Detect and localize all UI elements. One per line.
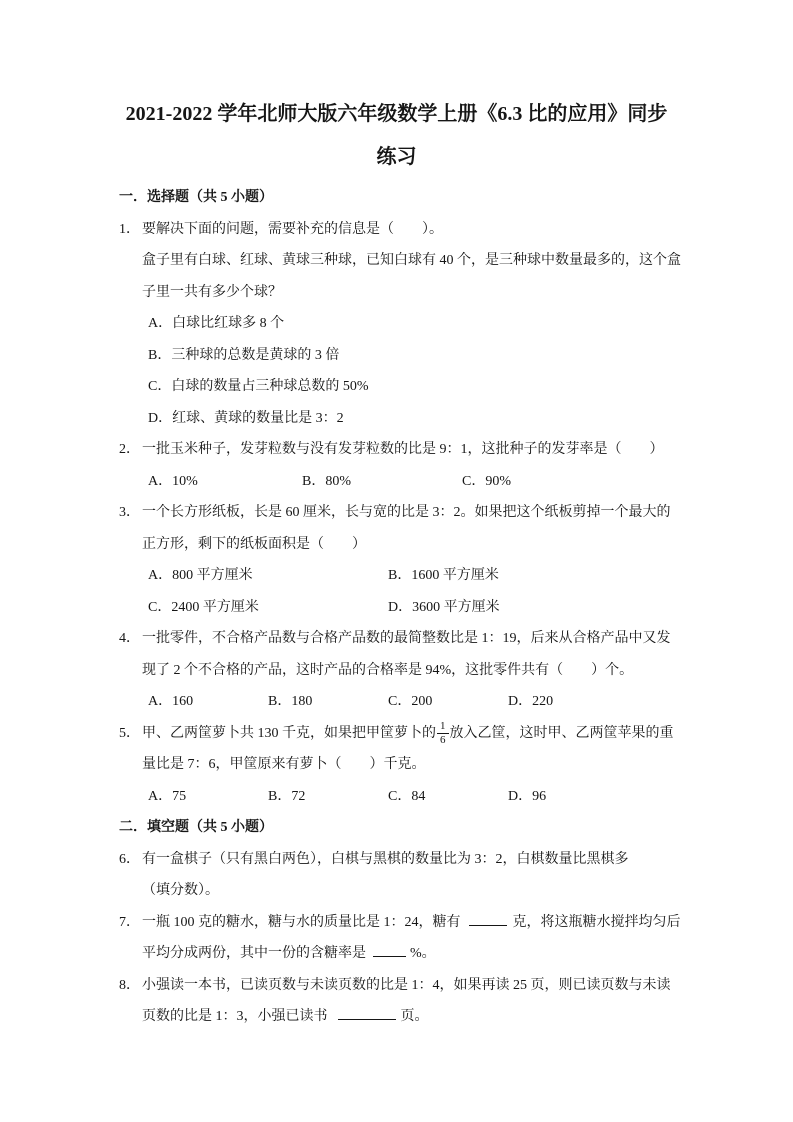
question-4-text: 一批零件，不合格产品数与合格产品数的最简整数比是 1：19，后来从合格产品中又发 [142, 631, 671, 646]
question-3-number: 3． [119, 497, 142, 529]
question-7-text-pre: 一瓶 100 克的糖水，糖与水的质量比是 1：24，糖有 [142, 915, 461, 930]
page-title-line-2: 练习 [60, 136, 733, 179]
question-7-line-2-pre: 平均分成两份，其中一份的含糖率是 [142, 946, 366, 961]
question-4-option-c: C．200 [388, 686, 508, 718]
question-4-line-1: 4．一批零件，不合格产品数与合格产品数的最简整数比是 1：19，后来从合格产品中… [119, 623, 793, 655]
question-4-option-d: D．220 [508, 686, 793, 718]
question-8-text: 小强读一本书，已读页数与未读页数的比是 1：4，如果再读 25 页，则已读页数与… [142, 978, 671, 993]
question-5-option-a: A．75 [148, 781, 268, 813]
question-3-option-b: B．1600 平方厘米 [388, 560, 793, 592]
section-heading-fill-in-blank: 二．填空题（共 5 小题） [119, 812, 793, 844]
question-4-option-a: A．160 [148, 686, 268, 718]
question-3-option-d: D．3600 平方厘米 [388, 592, 793, 624]
question-4-options: A．160 B．180 C．200 D．220 [119, 686, 793, 718]
question-5-options: A．75 B．72 C．84 D．96 [119, 781, 793, 813]
blank-field-grams [469, 910, 507, 926]
fraction-denominator: 6 [437, 733, 449, 747]
question-3-line-1: 3．一个长方形纸板，长是 60 厘米，长与宽的比是 3：2。如果把这个纸板剪掉一… [119, 497, 793, 529]
question-4-line-2: 现了 2 个不合格的产品，这时产品的合格率是 94%，这批零件共有（ ）个。 [119, 655, 793, 687]
question-7-line-2-post: %。 [410, 946, 436, 961]
question-7-line-2: 平均分成两份，其中一份的含糖率是%。 [119, 938, 793, 970]
question-1-option-d: D．红球、黄球的数量比是 3：2 [119, 403, 793, 435]
question-5-option-d: D．96 [508, 781, 793, 813]
question-2-line-1: 2．一批玉米种子，发芽粒数与没有发芽粒数的比是 9：1，这批种子的发芽率是（ ） [119, 434, 793, 466]
question-4-number: 4． [119, 623, 142, 655]
question-8-number: 8． [119, 970, 142, 1002]
question-3-options-row-1: A．800 平方厘米 B．1600 平方厘米 [119, 560, 793, 592]
question-1-number: 1． [119, 214, 142, 246]
question-8-line-2-pre: 页数的比是 1：3，小强已读书 [142, 1009, 328, 1024]
fraction-numerator: 1 [437, 720, 449, 733]
question-7-line-1: 7．一瓶 100 克的糖水，糖与水的质量比是 1：24，糖有克，将这瓶糖水搅拌均… [119, 907, 793, 939]
worksheet-body: 一．选择题（共 5 小题） 1．要解决下面的问题，需要补充的信息是（ ）。 盒子… [119, 182, 793, 1033]
question-1-text: 要解决下面的问题，需要补充的信息是（ ）。 [142, 222, 443, 237]
question-3-option-c: C．2400 平方厘米 [148, 592, 388, 624]
question-6-number: 6． [119, 844, 142, 876]
question-5-text-pre: 甲、乙两筐萝卜共 130 千克，如果把甲筐萝卜的 [142, 726, 436, 741]
question-1-option-b: B．三种球的总数是黄球的 3 倍 [119, 340, 793, 372]
question-8-line-2: 页数的比是 1：3，小强已读书页。 [119, 1001, 793, 1033]
section-heading-multiple-choice: 一．选择题（共 5 小题） [119, 182, 793, 214]
question-6-line-1: 6．有一盒棋子（只有黑白两色），白棋与黑棋的数量比为 3：2，白棋数量比黑棋多 [119, 844, 793, 876]
question-5-line-2: 量比是 7：6，甲筐原来有萝卜（ ）千克。 [119, 749, 793, 781]
question-2-option-c: C．90% [462, 466, 793, 498]
question-2-text: 一批玉米种子，发芽粒数与没有发芽粒数的比是 9：1，这批种子的发芽率是（ ） [142, 442, 664, 457]
question-3-option-a: A．800 平方厘米 [148, 560, 388, 592]
question-5-line-1: 5．甲、乙两筐萝卜共 130 千克，如果把甲筐萝卜的16放入乙筐，这时甲、乙两筐… [119, 718, 793, 750]
blank-field-sugar-percent [373, 941, 406, 957]
question-5-text-post: 放入乙筐，这时甲、乙两筐苹果的重 [450, 726, 674, 741]
page-title: 2021-2022 学年北师大版六年级数学上册《6.3 比的应用》同步 练习 [60, 93, 733, 179]
question-1-line-3: 子里一共有多少个球？ [119, 277, 793, 309]
question-1-line-2: 盒子里有白球、红球、黄球三种球，已知白球有 40 个，是三种球中数量最多的，这个… [119, 245, 793, 277]
question-3-text: 一个长方形纸板，长是 60 厘米，长与宽的比是 3：2。如果把这个纸板剪掉一个最… [142, 505, 671, 520]
fraction-one-sixth: 16 [437, 720, 449, 746]
question-8-line-1: 8．小强读一本书，已读页数与未读页数的比是 1：4，如果再读 25 页，则已读页… [119, 970, 793, 1002]
question-3-options-row-2: C．2400 平方厘米 D．3600 平方厘米 [119, 592, 793, 624]
question-6-text: 有一盒棋子（只有黑白两色），白棋与黑棋的数量比为 3：2，白棋数量比黑棋多 [142, 852, 629, 867]
question-5-number: 5． [119, 718, 142, 750]
question-4-option-b: B．180 [268, 686, 388, 718]
question-2-number: 2． [119, 434, 142, 466]
question-3-line-2: 正方形，剩下的纸板面积是（ ） [119, 529, 793, 561]
question-6-line-2: （填分数）。 [119, 875, 793, 907]
question-1-option-c: C．白球的数量占三种球总数的 50% [119, 371, 793, 403]
question-5-option-b: B．72 [268, 781, 388, 813]
question-5-option-c: C．84 [388, 781, 508, 813]
question-8-line-2-post: 页。 [401, 1009, 429, 1024]
question-7-text-post: 克，将这瓶糖水搅拌均匀后 [513, 915, 681, 930]
question-2-options: A．10% B．80% C．90% [119, 466, 793, 498]
question-1-line-1: 1．要解决下面的问题，需要补充的信息是（ ）。 [119, 214, 793, 246]
worksheet-page: 2021-2022 学年北师大版六年级数学上册《6.3 比的应用》同步 练习 一… [0, 0, 793, 1122]
question-1-option-a: A．白球比红球多 8 个 [119, 308, 793, 340]
question-7-number: 7． [119, 907, 142, 939]
question-2-option-b: B．80% [302, 466, 462, 498]
page-title-line-1: 2021-2022 学年北师大版六年级数学上册《6.3 比的应用》同步 [60, 93, 733, 136]
blank-field-pages-read [338, 1004, 396, 1020]
question-2-option-a: A．10% [148, 466, 302, 498]
